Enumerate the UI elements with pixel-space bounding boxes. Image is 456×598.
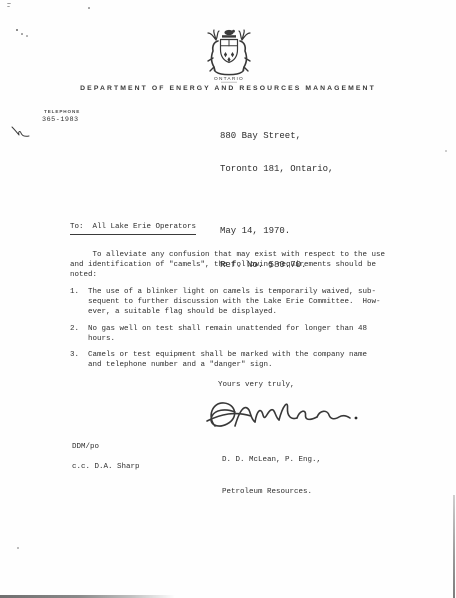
requirement-item-1: 1. The use of a blinker light on camels … (70, 287, 410, 318)
telephone-label: TELEPHONE (44, 109, 80, 114)
letter-body: To: All Lake Erie Operators To alleviate… (70, 222, 410, 390)
ontario-crest-icon: ONTARIO (199, 27, 259, 83)
scan-speck (21, 33, 23, 35)
scan-speck (17, 547, 19, 549)
moose-supporter-icon (208, 30, 219, 71)
scan-speck (445, 150, 447, 152)
telephone-number: 365-1983 (42, 116, 79, 124)
signature-block: D. D. McLean, P. Eng., Petroleum Resourc… (222, 433, 321, 519)
handwritten-checkmark (11, 125, 31, 139)
salutation-row: To: All Lake Erie Operators (70, 222, 410, 235)
scan-speck (7, 6, 10, 7)
scan-speck (88, 7, 90, 9)
crest-caption: ONTARIO (214, 76, 244, 82)
salutation-line: To: All Lake Erie Operators (70, 222, 196, 235)
scan-speck (7, 3, 11, 4)
address-gap (220, 198, 333, 203)
intro-paragraph: To alleviate any confusion that may exis… (70, 250, 410, 281)
requirement-item-2: 2. No gas well on test shall remain unat… (70, 324, 410, 345)
signature-scrawl (205, 396, 360, 438)
scan-edge-line-right (453, 495, 455, 598)
bear-crest-icon (222, 30, 236, 38)
department-heading: DEPARTMENT OF ENERGY AND RESOURCES MANAG… (0, 85, 456, 92)
signatory-name: D. D. McLean, P. Eng., (222, 455, 321, 466)
shield-icon (221, 40, 238, 63)
requirement-item-3: 3. Camels or test equipment shall be mar… (70, 350, 410, 371)
address-line: Toronto 181, Ontario, (220, 164, 333, 175)
closing-line: Yours very truly, (70, 380, 410, 390)
scan-speck (16, 29, 18, 31)
ribbon-icon (214, 70, 244, 75)
deer-supporter-icon (239, 30, 250, 71)
signatory-title: Petroleum Resources. (222, 487, 321, 498)
cc-line: c.c. D.A. Sharp (72, 463, 140, 471)
letter-page: ONTARIO DEPARTMENT OF ENERGY AND RESOURC… (0, 0, 456, 598)
scan-speck (26, 35, 28, 37)
typist-initials: DDM/po (72, 443, 99, 451)
address-line: 880 Bay Street, (220, 131, 333, 142)
motto-line (221, 82, 237, 83)
